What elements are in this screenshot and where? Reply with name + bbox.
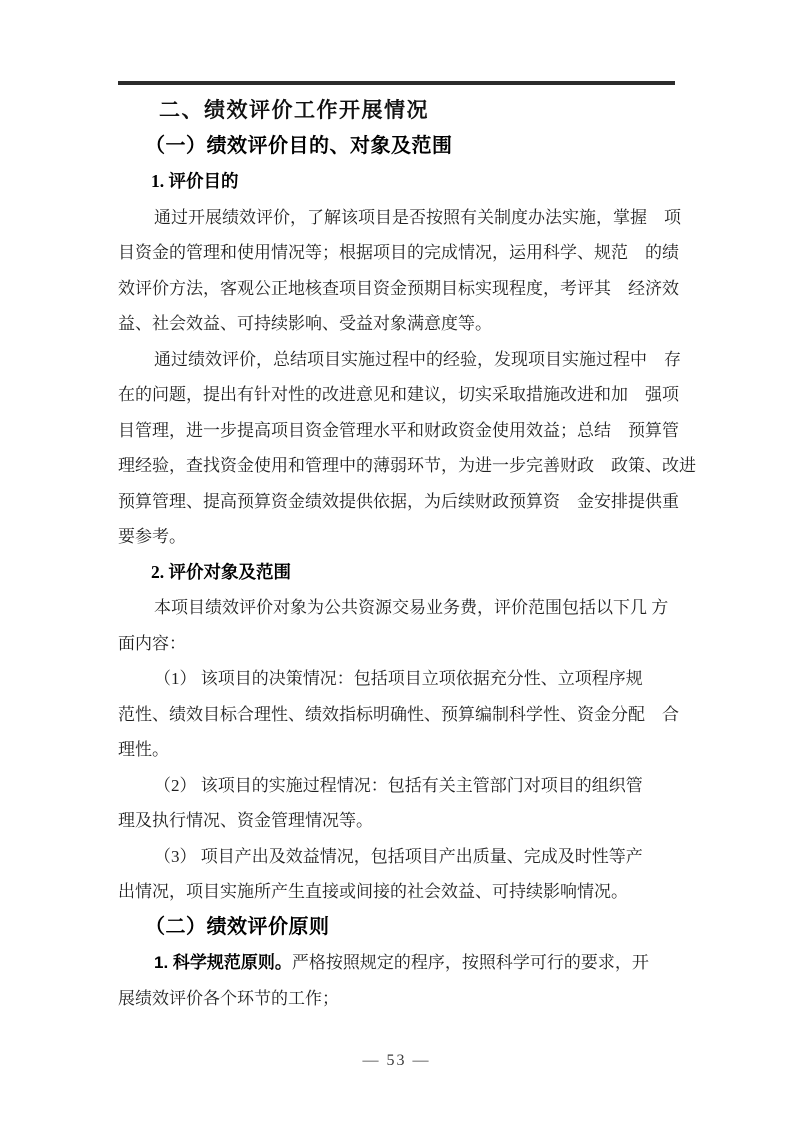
document-content: 二、绩效评价工作开展情况 （一）绩效评价目的、对象及范围 1. 评价目的 通过开… bbox=[118, 93, 718, 1016]
text-line: 1. 科学规范原则。严格按照规定的程序，按照科学可行的要求，开 bbox=[118, 945, 718, 981]
text-line: 预算管理、提高预算资金绩效提供依据，为后续财政预算资 金安排提供重 bbox=[118, 484, 718, 520]
paragraph-purpose-1: 通过开展绩效评价，了解该项目是否按照有关制度办法实施，掌握 项目资金的管理和使用… bbox=[118, 200, 718, 342]
text-line: 本项目绩效评价对象为公共资源交易业务费，评价范围包括以下几 方 bbox=[118, 590, 718, 626]
paragraph-purpose-2: 通过绩效评价，总结项目实施过程中的经验，发现项目实施过程中 存在的问题，提出有针… bbox=[118, 342, 718, 555]
text-line: 要参考。 bbox=[118, 519, 718, 555]
text-line: 通过开展绩效评价，了解该项目是否按照有关制度办法实施，掌握 项 bbox=[118, 200, 718, 236]
clause-heading-purpose: 1. 评价目的 bbox=[118, 164, 718, 200]
principle-1-text: 严格按照规定的程序，按照科学可行的要求，开 bbox=[292, 953, 649, 972]
text-line: 通过绩效评价，总结项目实施过程中的经验，发现项目实施过程中 存 bbox=[118, 342, 718, 378]
text-line: （3） 项目产出及效益情况，包括项目产出质量、完成及时性等产 bbox=[118, 839, 718, 875]
list-item-implementation: （2） 该项目的实施过程情况：包括有关主管部门对项目的组织管理及执行情况、资金管… bbox=[118, 768, 718, 839]
text-line: 目资金的管理和使用情况等；根据项目的完成情况，运用科学、规范 的绩 bbox=[118, 235, 718, 271]
text-line: （2） 该项目的实施过程情况：包括有关主管部门对项目的组织管 bbox=[118, 768, 718, 804]
clause-heading-scope: 2. 评价对象及范围 bbox=[118, 555, 718, 591]
text-line: 展绩效评价各个环节的工作； bbox=[118, 981, 718, 1017]
paragraph-scope-intro: 本项目绩效评价对象为公共资源交易业务费，评价范围包括以下几 方面内容： bbox=[118, 590, 718, 661]
header-rule bbox=[118, 81, 675, 85]
text-line: 理及执行情况、资金管理情况等。 bbox=[118, 803, 718, 839]
document-page: 二、绩效评价工作开展情况 （一）绩效评价目的、对象及范围 1. 评价目的 通过开… bbox=[0, 0, 793, 1122]
text-line: 效评价方法，客观公正地核查项目资金预期目标实现程度，考评其 经济效 bbox=[118, 271, 718, 307]
text-line: 理性。 bbox=[118, 732, 718, 768]
text-line: 面内容： bbox=[118, 626, 718, 662]
subsection-heading-principles: （二）绩效评价原则 bbox=[118, 910, 718, 946]
subsection-heading-purpose-scope: （一）绩效评价目的、对象及范围 bbox=[118, 129, 718, 165]
text-line: 理经验，查找资金使用和管理中的薄弱环节，为进一步完善财政 政策、改进 bbox=[118, 448, 718, 484]
section-heading: 二、绩效评价工作开展情况 bbox=[118, 93, 718, 129]
text-line: 目管理，进一步提高项目资金管理水平和财政资金使用效益；总结 预算管 bbox=[118, 413, 718, 449]
principle-1-title: 1. 科学规范原则。 bbox=[154, 953, 292, 972]
text-line: （1） 该项目的决策情况：包括项目立项依据充分性、立项程序规 bbox=[118, 661, 718, 697]
text-line: 范性、绩效目标合理性、绩效指标明确性、预算编制科学性、资金分配 合 bbox=[118, 697, 718, 733]
list-item-decision: （1） 该项目的决策情况：包括项目立项依据充分性、立项程序规范性、绩效目标合理性… bbox=[118, 661, 718, 768]
list-item-output-benefit: （3） 项目产出及效益情况，包括项目产出质量、完成及时性等产出情况，项目实施所产… bbox=[118, 839, 718, 910]
page-number: — 53 — bbox=[0, 1052, 793, 1070]
text-line: 益、社会效益、可持续影响、受益对象满意度等。 bbox=[118, 306, 718, 342]
paragraph-principle-1: 1. 科学规范原则。严格按照规定的程序，按照科学可行的要求，开 展绩效评价各个环… bbox=[118, 945, 718, 1016]
text-line: 出情况，项目实施所产生直接或间接的社会效益、可持续影响情况。 bbox=[118, 874, 718, 910]
text-line: 在的问题，提出有针对性的改进意见和建议，切实采取措施改进和加 强项 bbox=[118, 377, 718, 413]
